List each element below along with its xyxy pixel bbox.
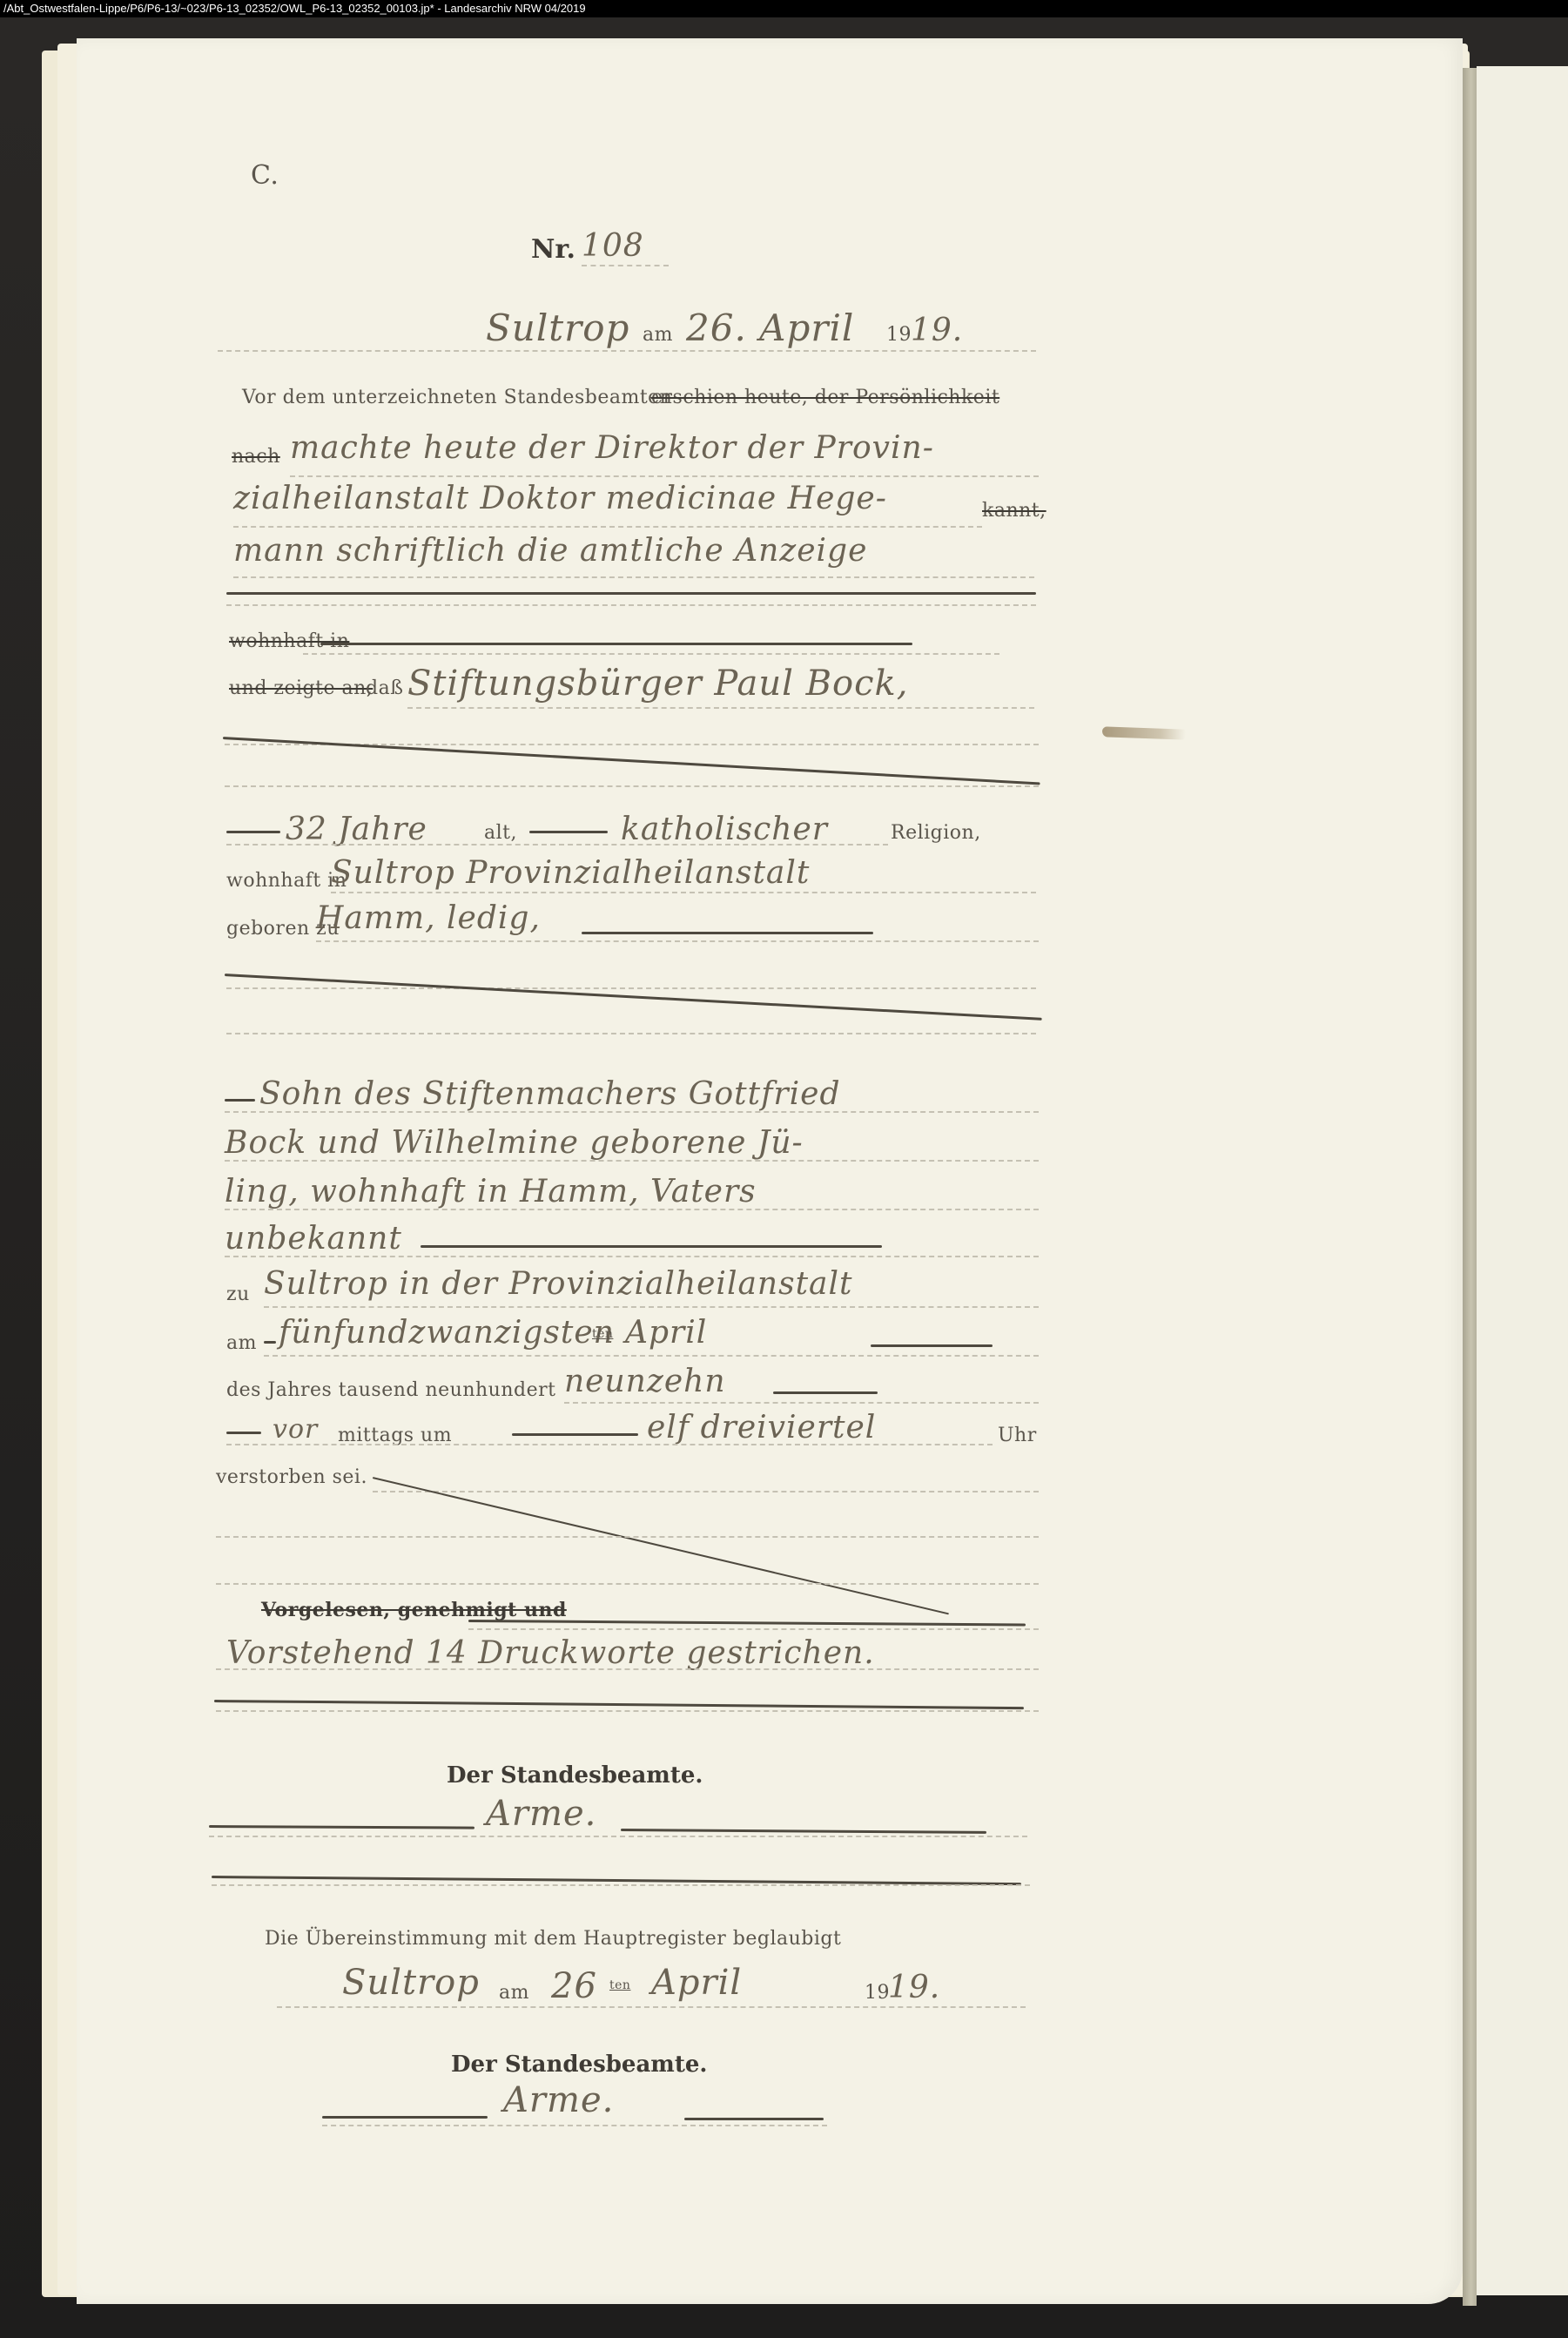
religion-value: katholischer [621, 812, 828, 847]
dotted-line [226, 604, 1036, 606]
facing-page-edge [1477, 66, 1568, 2295]
book-gutter [1463, 68, 1477, 2306]
death-year-label: des Jahres tausend neunhundert [226, 1379, 555, 1401]
registrar-title-1: Der Standesbeamte. [447, 1762, 703, 1789]
cert-year-prefix: 19 [865, 1982, 890, 2004]
alt-label: alt, [484, 822, 517, 844]
number-value: 108 [582, 228, 644, 264]
death-place-label: zu [226, 1284, 250, 1305]
death-day-value: fünfundzwanzigsten [279, 1315, 615, 1351]
register-page: C. Nr. 108 Sultrop am 26. April 19 19. V… [77, 38, 1463, 2304]
intro-hw-line3: mann schriftlich die amtliche Anzeige [233, 533, 867, 569]
dotted-line [212, 1884, 1030, 1886]
window-title: /Abt_Ostwestfalen-Lippe/P6/P6-13/~023/P6… [0, 0, 1568, 17]
death-day-ten: ten [592, 1327, 613, 1341]
deceased-name: Stiftungsbürger Paul Bock, [407, 664, 908, 704]
und-zeigte-struck: und zeigte an, [229, 677, 373, 699]
dash [226, 1432, 261, 1434]
am-label: am [643, 324, 673, 346]
nach-struck: nach [232, 446, 280, 468]
dotted-line [331, 892, 1036, 893]
death-year-value: neunzehn [564, 1364, 726, 1399]
dotted-line [582, 265, 669, 266]
registrar-signature-2: Arme. [503, 2080, 614, 2120]
dash [226, 831, 280, 833]
death-month: April [625, 1315, 707, 1351]
dotted-line [226, 1444, 993, 1445]
dash [225, 1099, 255, 1102]
dotted-line [225, 1160, 1039, 1162]
birth-value: Hamm, ledig, [316, 900, 541, 936]
closing-note: Vorstehend 14 Druckworte gestrichen. [226, 1635, 875, 1671]
strike-line [773, 1391, 878, 1394]
dash [264, 1341, 276, 1344]
place-handwritten: Sultrop [486, 307, 629, 349]
dotted-line [564, 1402, 1039, 1404]
year-prefix: 19 [886, 324, 912, 346]
dotted-line [233, 576, 1034, 578]
certification-text: Die Übereinstimmung mit dem Hauptregiste… [265, 1928, 841, 1950]
dotted-line [216, 1710, 1039, 1712]
dotted-line [225, 1111, 1039, 1113]
dotted-line [373, 1491, 1039, 1492]
parents-line4: unbekannt [225, 1221, 402, 1257]
dash [529, 831, 608, 833]
death-time-value: elf dreiviertel [647, 1410, 876, 1445]
death-day-label: am [226, 1332, 257, 1354]
intro-hw-line2: zialheilanstalt Doktor medicinae Hege- [233, 481, 887, 516]
dotted-line [216, 1668, 1039, 1670]
cert-year-suffix: 19. [888, 1970, 940, 2005]
dotted-line [225, 1256, 1039, 1257]
number-label: Nr. [531, 234, 575, 265]
dotted-line [225, 785, 1039, 787]
dotted-line [264, 1355, 1039, 1357]
intro-printed: Vor dem unterzeichneten Standesbeamten [242, 387, 672, 408]
strike-line [582, 932, 873, 934]
signature-line [209, 1825, 474, 1829]
intro-struck: erschien heute, der Persönlichkeit [651, 387, 999, 408]
dotted-line [209, 1836, 1027, 1837]
death-place-value: Sultrop in der Provinzialheilanstalt [264, 1266, 853, 1302]
dotted-line [226, 987, 1036, 989]
dotted-line [218, 350, 1036, 352]
kannt-struck: kannt, [982, 500, 1046, 522]
dotted-line [264, 1306, 1039, 1308]
diagonal-strike [373, 1477, 949, 1614]
strike-line [214, 1700, 1024, 1709]
dotted-line [407, 707, 1034, 709]
vorgelesen-struck: Vorgelesen, genehmigt und [261, 1599, 567, 1621]
dotted-line [316, 940, 1039, 942]
parents-line2: Bock und Wilhelmine geborene Jü- [225, 1125, 804, 1161]
signature-line [621, 1829, 986, 1834]
vor-value: vor [273, 1414, 318, 1445]
strike-line [512, 1433, 638, 1436]
strike-line [468, 1620, 1026, 1626]
cert-am: am [499, 1982, 529, 2004]
parents-line1: Sohn des Stiftenmachers Gottfried [259, 1076, 840, 1112]
date-handwritten: 26. April [686, 307, 854, 349]
dotted-line [216, 1583, 1039, 1585]
cert-month: April [651, 1963, 742, 2003]
dotted-line [303, 653, 999, 655]
dass-label: daß [366, 677, 403, 699]
cert-ten: ten [609, 1978, 630, 1992]
wohnhaft-struck: wohnhaft in [229, 630, 349, 652]
dotted-line [226, 844, 888, 846]
dotted-line [290, 475, 1039, 477]
uhr-label: Uhr [998, 1425, 1037, 1446]
intro-hw-line1: machte heute der Direktor der Provin- [290, 430, 934, 466]
cert-place: Sultrop [342, 1963, 480, 2003]
residence-value: Sultrop Provinzialheilanstalt [331, 855, 810, 891]
dotted-line [216, 1536, 1039, 1538]
cert-day: 26 [551, 1966, 597, 2006]
religion-label: Religion, [891, 822, 981, 844]
age-value: 32 Jahre [286, 812, 427, 847]
dotted-line [226, 1033, 1036, 1034]
dotted-line [277, 2006, 1026, 2008]
registrar-signature-1: Arme. [486, 1794, 596, 1834]
dotted-line [322, 2125, 827, 2126]
residence-label: wohnhaft in [226, 870, 347, 892]
year-suffix: 19. [911, 313, 963, 348]
verstorben-label: verstorben sei. [216, 1466, 367, 1488]
registrar-title-2: Der Standesbeamte. [451, 2052, 707, 2078]
strike-line [320, 643, 912, 645]
diagonal-strike [225, 974, 1042, 1021]
strike-line [226, 592, 1036, 595]
strike-line [421, 1245, 882, 1248]
parents-line3: ling, wohnhaft in Hamm, Vaters [225, 1174, 757, 1209]
signature-line [684, 2118, 824, 2120]
signature-line [322, 2116, 488, 2119]
dotted-line [225, 1209, 1039, 1210]
section-letter: C. [251, 160, 279, 191]
dotted-line [468, 1628, 1039, 1630]
strike-line [871, 1344, 993, 1347]
dotted-line [233, 526, 982, 528]
